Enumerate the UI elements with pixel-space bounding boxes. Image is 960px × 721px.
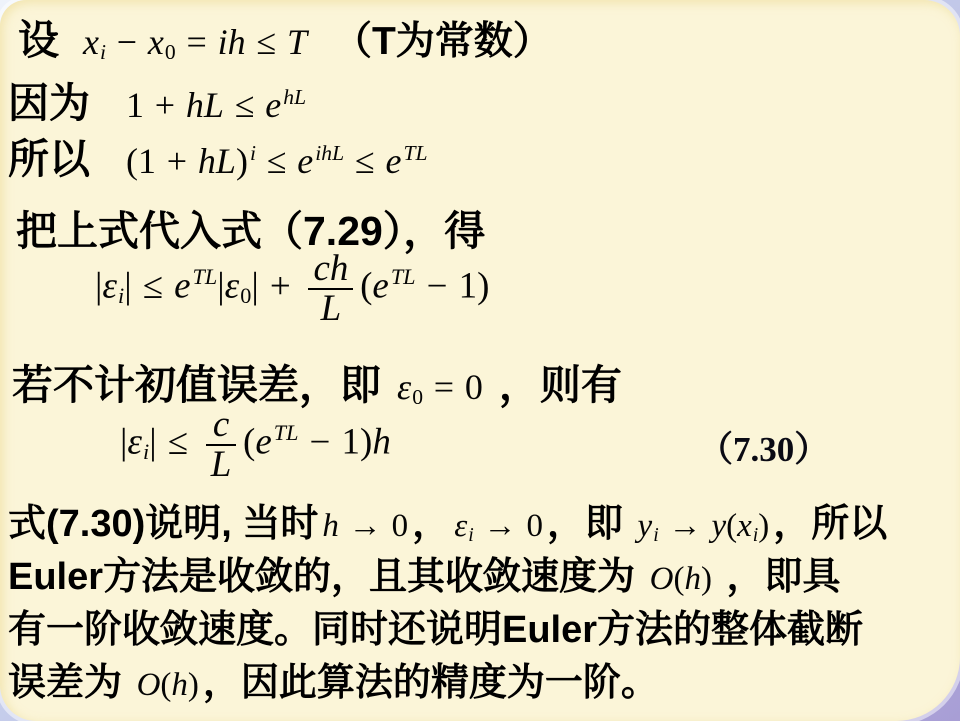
line-neglect-initial-error: 若不计初值误差，即 ε0=0 ，则有 [12,352,622,411]
text-post: ，则有 [499,352,622,411]
formula-730: |εi|≤cL(eTL−1)h [120,406,391,483]
inline-math-h_to_0: h→0 [322,508,408,545]
text-pre: 若不计初值误差，即 [12,352,381,411]
paragraph-line-1: 式(7.30)说明, 当时h→0，εi→0，即 yi→y(xi)，所以 [8,492,956,545]
paragraph-line-4: 误差为 O(h)，因此算法的精度为一阶。 [8,651,956,704]
inline-math-eps_to_0: εi→0 [454,508,543,547]
formula-xi-minus-x0: xi−x0=ih≤T [83,21,307,65]
conclusion-paragraph: 式(7.30)说明, 当时h→0，εi→0，即 yi→y(xi)，所以 Eule… [8,492,956,704]
paragraph-line-3: 有一阶收敛速度。同时还说明Euler方法的整体截断 [8,598,956,651]
formula-error-bound: |εi|≤eTL|ε0|+chL(eTL−1) [95,250,489,327]
paragraph-line-2: Euler方法是收敛的，且其收敛速度为 O(h) ，即具 [8,545,956,598]
formula-1-plus-hl: 1+hL≤ehL [126,84,306,126]
inline-math-y_to_yx: yi→y(xi) [638,508,770,547]
formula-eps0-zero: ε0=0 [397,366,483,410]
note-t-constant: （T为常数） [333,10,552,66]
inline-math-O_h: O(h) [650,561,712,598]
inline-math-O_h: O(h) [137,667,199,704]
label-because: 因为 [8,70,90,129]
line-therefore: 所以 (1+hL)i≤eihL≤eTL [8,126,427,185]
line-substitute-729: 把上式代入式（7.29），得 [16,198,485,257]
label-she: 设 [18,7,59,66]
label-therefore: 所以 [8,126,90,185]
line-assumption: 设 xi−x0=ih≤T （T为常数） [18,7,552,66]
formula-power-bound: (1+hL)i≤eihL≤eTL [126,140,427,182]
equation-number-730: （7.30） [698,422,829,472]
line-because: 因为 1+hL≤ehL [8,70,306,129]
